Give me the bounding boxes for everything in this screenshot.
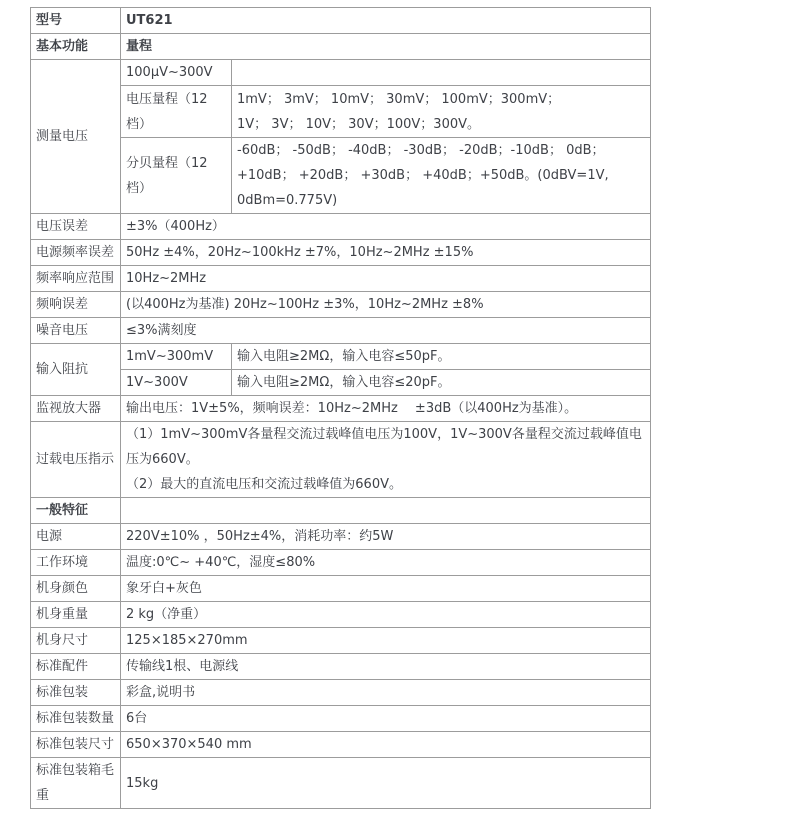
- row-standard-packing-size: 标准包装尺寸 650×370×540 mm: [31, 732, 651, 758]
- standard-packing-label: 标准包装: [31, 680, 121, 706]
- input-impedance-value-1: 输入电阻≥2MΩ，输入电容≤50pF。: [232, 344, 651, 370]
- db-range-value: -60dB； -50dB； -40dB； -30dB； -20dB；-10dB；…: [232, 138, 651, 214]
- overload-indicator-label: 过载电压指示: [31, 422, 121, 498]
- standard-accessories-label: 标准配件: [31, 654, 121, 680]
- power-freq-error-value: 50Hz ±4%，20Hz~100kHz ±7%，10Hz~2MHz ±15%: [121, 240, 651, 266]
- row-standard-carton-weight: 标准包装箱毛重 15kg: [31, 758, 651, 809]
- freq-response-range-label: 频率响应范围: [31, 266, 121, 292]
- standard-carton-weight-value: 15kg: [121, 758, 651, 809]
- row-input-impedance-1: 输入阻抗 1mV~300mV 输入电阻≥2MΩ，输入电容≤50pF。: [31, 344, 651, 370]
- row-model: 型号 UT621: [31, 8, 651, 34]
- row-standard-accessories: 标准配件 传输线1根、电源线: [31, 654, 651, 680]
- body-color-label: 机身颜色: [31, 576, 121, 602]
- input-impedance-value-2: 输入电阻≥2MΩ，输入电容≤20pF。: [232, 370, 651, 396]
- overload-indicator-value: （1）1mV~300mV各量程交流过载峰值电压为100V，1V~300V各量程交…: [121, 422, 651, 498]
- row-basic-function: 基本功能 量程: [31, 34, 651, 60]
- standard-packing-size-value: 650×370×540 mm: [121, 732, 651, 758]
- standard-packing-qty-value: 6台: [121, 706, 651, 732]
- body-size-value: 125×185×270mm: [121, 628, 651, 654]
- basic-function-value: 量程: [121, 34, 651, 60]
- page: 型号 UT621 基本功能 量程 测量电压 100μV~300V 电压量程（12…: [0, 0, 790, 814]
- measure-overall-range: 100μV~300V: [121, 60, 232, 86]
- body-size-label: 机身尺寸: [31, 628, 121, 654]
- row-body-weight: 机身重量 2 kg（净重）: [31, 602, 651, 628]
- voltage-error-value: ±3%（400Hz）: [121, 214, 651, 240]
- noise-voltage-value: ≤3%满刻度: [121, 318, 651, 344]
- row-measure-voltage-overall: 测量电压 100μV~300V: [31, 60, 651, 86]
- row-overload-indicator: 过载电压指示 （1）1mV~300mV各量程交流过载峰值电压为100V，1V~3…: [31, 422, 651, 498]
- body-weight-label: 机身重量: [31, 602, 121, 628]
- db-range-label: 分贝量程（12档）: [121, 138, 232, 214]
- input-impedance-label: 输入阻抗: [31, 344, 121, 396]
- input-impedance-range-1: 1mV~300mV: [121, 344, 232, 370]
- standard-packing-value: 彩盒,说明书: [121, 680, 651, 706]
- general-features-label: 一般特征: [31, 498, 121, 524]
- basic-function-label: 基本功能: [31, 34, 121, 60]
- body-color-value: 象牙白+灰色: [121, 576, 651, 602]
- freq-response-error-label: 频响误差: [31, 292, 121, 318]
- work-environment-value: 温度:0℃~ +40℃，湿度≤80%: [121, 550, 651, 576]
- row-input-impedance-2: 1V~300V 输入电阻≥2MΩ，输入电容≤20pF。: [31, 370, 651, 396]
- model-label: 型号: [31, 8, 121, 34]
- power-supply-label: 电源: [31, 524, 121, 550]
- row-body-color: 机身颜色 象牙白+灰色: [31, 576, 651, 602]
- freq-response-range-value: 10Hz~2MHz: [121, 266, 651, 292]
- monitor-amplifier-label: 监视放大器: [31, 396, 121, 422]
- row-voltage-error: 电压误差 ±3%（400Hz）: [31, 214, 651, 240]
- noise-voltage-label: 噪音电压: [31, 318, 121, 344]
- body-weight-value: 2 kg（净重）: [121, 602, 651, 628]
- monitor-amplifier-value: 输出电压：1V±5%，频响误差：10Hz~2MHz ±3dB（以400Hz为基准…: [121, 396, 651, 422]
- row-general-features: 一般特征: [31, 498, 651, 524]
- voltage-range-value: 1mV； 3mV； 10mV； 30mV； 100mV；300mV； 1V； 3…: [232, 86, 651, 138]
- power-supply-value: 220V±10% ，50Hz±4%，消耗功率：约5W: [121, 524, 651, 550]
- row-freq-response-error: 频响误差 (以400Hz为基准) 20Hz~100Hz ±3%，10Hz~2MH…: [31, 292, 651, 318]
- row-db-range: 分贝量程（12档） -60dB； -50dB； -40dB； -30dB； -2…: [31, 138, 651, 214]
- measure-overall-range-value: [232, 60, 651, 86]
- row-standard-packing-qty: 标准包装数量 6台: [31, 706, 651, 732]
- row-power-supply: 电源 220V±10% ，50Hz±4%，消耗功率：约5W: [31, 524, 651, 550]
- input-impedance-range-2: 1V~300V: [121, 370, 232, 396]
- power-freq-error-label: 电源频率误差: [31, 240, 121, 266]
- row-body-size: 机身尺寸 125×185×270mm: [31, 628, 651, 654]
- general-features-value: [121, 498, 651, 524]
- row-freq-response-range: 频率响应范围 10Hz~2MHz: [31, 266, 651, 292]
- spec-table: 型号 UT621 基本功能 量程 测量电压 100μV~300V 电压量程（12…: [30, 7, 651, 809]
- row-work-environment: 工作环境 温度:0℃~ +40℃，湿度≤80%: [31, 550, 651, 576]
- voltage-range-label: 电压量程（12档）: [121, 86, 232, 138]
- work-environment-label: 工作环境: [31, 550, 121, 576]
- standard-packing-size-label: 标准包装尺寸: [31, 732, 121, 758]
- model-value: UT621: [121, 8, 651, 34]
- row-power-freq-error: 电源频率误差 50Hz ±4%，20Hz~100kHz ±7%，10Hz~2MH…: [31, 240, 651, 266]
- freq-response-error-value: (以400Hz为基准) 20Hz~100Hz ±3%，10Hz~2MHz ±8%: [121, 292, 651, 318]
- voltage-error-label: 电压误差: [31, 214, 121, 240]
- standard-packing-qty-label: 标准包装数量: [31, 706, 121, 732]
- row-monitor-amplifier: 监视放大器 输出电压：1V±5%，频响误差：10Hz~2MHz ±3dB（以40…: [31, 396, 651, 422]
- standard-accessories-value: 传输线1根、电源线: [121, 654, 651, 680]
- measure-voltage-label: 测量电压: [31, 60, 121, 214]
- row-noise-voltage: 噪音电压 ≤3%满刻度: [31, 318, 651, 344]
- row-voltage-range: 电压量程（12档） 1mV； 3mV； 10mV； 30mV； 100mV；30…: [31, 86, 651, 138]
- standard-carton-weight-label: 标准包装箱毛重: [31, 758, 121, 809]
- row-standard-packing: 标准包装 彩盒,说明书: [31, 680, 651, 706]
